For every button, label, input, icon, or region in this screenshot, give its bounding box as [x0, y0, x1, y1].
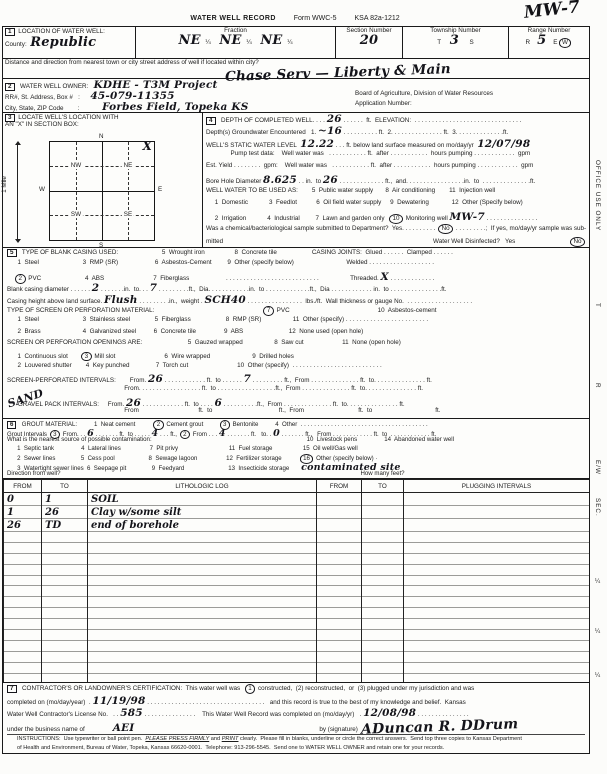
circled-option: 2 — [15, 274, 26, 284]
section-location: 1 LOCATION OF WATER WELL: County: Republ… — [3, 27, 589, 59]
empty-cell — [4, 542, 42, 553]
table-row — [4, 651, 590, 662]
empty-cell — [317, 608, 362, 619]
column-header: PLUGGING INTERVALS — [404, 480, 590, 493]
printed-text: TYPE OF BLANK CASING USED: 5 Wrought iro… — [19, 250, 453, 256]
table-row — [4, 575, 590, 586]
empty-cell — [362, 651, 404, 662]
printed-text: and — [209, 737, 221, 743]
empty-cell — [317, 586, 362, 597]
range-cell: Range Number R 5 EW — [509, 27, 589, 58]
empty-cell — [362, 564, 404, 575]
empty-cell — [42, 673, 88, 683]
township-cell: Township Number T 3 S — [403, 27, 509, 58]
empty-cell — [362, 619, 404, 630]
empty-cell — [4, 619, 42, 630]
log-cell: TD — [42, 519, 88, 532]
form-number: Form WWC-5 — [294, 15, 337, 22]
north-label: N — [99, 133, 104, 140]
section-number-box: 7 — [7, 685, 17, 693]
application-number-label: Application Number: — [355, 101, 493, 111]
empty-cell — [362, 640, 404, 651]
printed-text: Was a chemical/bacteriological sample su… — [206, 226, 437, 232]
empty-cell — [362, 597, 404, 608]
empty-cell — [404, 506, 590, 519]
printed-text: SCREEN-PERFORATED INTERVALS: From. — [7, 378, 148, 384]
printed-text: PVC 4 ABS 7 Fiberglass . . . . . . . . .… — [27, 276, 381, 282]
printed-text: What is the nearest source of possible c… — [7, 437, 152, 443]
printed-text: From . . . — [191, 432, 219, 438]
handwritten-entry: 6 — [87, 429, 94, 439]
handwritten-entry: 26 — [148, 374, 163, 385]
printed-text: Casing height above land surface. — [7, 299, 104, 305]
printed-text: 10 Asbestos-cement — [378, 308, 437, 314]
table-row — [4, 673, 590, 683]
emphasized-text: PRINT — [222, 737, 239, 743]
table-row — [4, 662, 590, 673]
table-row — [4, 597, 590, 608]
margin-sec-label: SEC. — [594, 498, 601, 517]
use-options-line-1: 1 Domestic 3 Feedlot 6 Oil field water s… — [206, 200, 586, 212]
printed-text: Water Well Disinfected? Yes — [433, 239, 515, 245]
printed-text: . . . . . . . . .in., weight . — [138, 299, 205, 305]
column-header: LITHOLOGIC LOG — [88, 480, 317, 493]
printed-text: 1 Continuous slot — [7, 354, 80, 360]
west-label: W — [39, 186, 45, 193]
township-field: T 3 S — [405, 34, 506, 47]
instructions-block: INSTRUCTIONS: Use typewriter or ball poi… — [7, 734, 585, 755]
groundwater-line: Depth(s) Groundwater Encountered 1. ~16 … — [206, 126, 586, 138]
disinfected-line: mittedWater Well Disinfected? YesNo — [206, 237, 586, 247]
empty-cell — [362, 542, 404, 553]
handwritten-entry: 7 — [150, 283, 158, 294]
contamination-options-1: 1 Septic tank 4 Lateral lines 7 Pit priv… — [7, 446, 585, 455]
section-number-box: 4 — [206, 117, 216, 125]
table-row — [4, 542, 590, 553]
form-title-row: WATER WELL RECORD Form WWC-5 KSA 82a-121… — [0, 15, 590, 22]
printed-text: . . . . . . . . .; If yes, mo/day/yr sam… — [454, 226, 586, 232]
printed-text: Direction from well? — [7, 471, 61, 477]
table-row — [4, 564, 590, 575]
center-horizontal-line — [50, 191, 154, 192]
direction-line: Direction from well?How many feet? — [7, 471, 585, 479]
table-row — [4, 608, 590, 619]
printed-text: Blank casing diameter . . . . . . — [7, 287, 92, 293]
empty-cell — [362, 506, 404, 519]
empty-cell — [362, 608, 404, 619]
empty-cell — [88, 542, 317, 553]
circled-option: W — [559, 38, 572, 48]
empty-cell — [317, 553, 362, 564]
column-header: TO — [42, 480, 88, 493]
gravel-pack-line-2: From ft. to ft., From ft. to ft. — [7, 408, 585, 419]
fraction-cell: Fraction NE ¼ NE ¼ NE ¼ — [136, 27, 336, 58]
empty-cell — [317, 640, 362, 651]
printed-text: 2 Louvered shutter 4 Key punched 7 Torch… — [7, 363, 382, 369]
sample-submitted-line: Was a chemical/bacteriological sample su… — [206, 224, 586, 236]
empty-cell — [42, 662, 88, 673]
printed-text: From. . . . . . . . . . . . . . . . . . … — [7, 386, 423, 392]
printed-text: 2 Brass 4 Galvanized steel 6 Concrete ti… — [7, 329, 363, 335]
margin-ew-label: E/W — [594, 460, 601, 475]
printed-text: ¼ — [287, 40, 292, 46]
circled-option: 10 — [389, 214, 403, 224]
empty-cell — [88, 597, 317, 608]
handwritten-entry: NE — [219, 34, 246, 47]
empty-cell — [362, 575, 404, 586]
empty-cell — [88, 586, 317, 597]
printed-text: GROUT MATERIAL: 1 Neat cement — [18, 422, 152, 428]
handwritten-entry: 26 — [126, 398, 141, 409]
printed-text: T — [437, 40, 449, 46]
empty-cell — [404, 597, 590, 608]
dashed-line — [76, 142, 77, 240]
empty-cell — [404, 662, 590, 673]
printed-text: . . . . . . ft. ELEVATION: . . . . . . .… — [342, 118, 522, 124]
empty-cell — [362, 519, 404, 532]
printed-text: . . . . . . . ft. to. . — [226, 432, 273, 438]
empty-cell — [404, 542, 590, 553]
table-row — [4, 619, 590, 630]
bore-hole-line: Bore Hole Diameter 8.625 . . in. to 26 .… — [206, 175, 586, 187]
printed-text: Cement grout — [165, 422, 219, 428]
city-line: City, State, ZIP Code : Forbes Field, To… — [5, 102, 587, 113]
handwritten-entry: 0 — [273, 429, 280, 439]
section-number-field: 20 — [338, 34, 400, 47]
empty-cell — [4, 651, 42, 662]
section-number-box: 2 — [5, 83, 15, 91]
empty-cell — [88, 662, 317, 673]
empty-cell — [88, 564, 317, 575]
empty-cell — [362, 630, 404, 641]
handwritten-entry: 4 — [152, 429, 159, 439]
empty-cell — [4, 640, 42, 651]
empty-cell — [362, 586, 404, 597]
static-level-line: WELL'S STATIC WATER LEVEL 12.22 . . . ft… — [206, 139, 586, 151]
certification-line-4: under the business name ofAEIby (signatu… — [7, 720, 585, 732]
printed-text: . . . . . . . . . . . . . . . . . . . . … — [146, 700, 466, 706]
margin-r-label: R — [594, 383, 601, 389]
margin-quarter-label: ¼ — [594, 578, 601, 586]
section-number-cell: Section Number 20 — [336, 27, 403, 58]
certification-line-2: completed on (mo/day/year) . 11/19/98 . … — [7, 696, 585, 708]
table-row — [4, 532, 590, 543]
distance-question: Distance and direction from nearest town… — [5, 60, 587, 66]
empty-cell — [88, 673, 317, 683]
handwritten-entry: Forbes Field, Topeka KS — [102, 102, 248, 113]
printed-text: constructed, (2) reconstructed, or (3) p… — [256, 686, 474, 692]
form-body: 1 LOCATION OF WATER WELL: County: Republ… — [2, 26, 590, 754]
depth-line: 4 DEPTH OF COMPLETED WELL. . . . 26 . . … — [206, 114, 586, 126]
empty-cell — [42, 608, 88, 619]
printed-text: . . . . . . . . . ft., From . . . . . . … — [251, 378, 432, 384]
margin-t-label: T — [594, 303, 601, 308]
empty-cell — [42, 619, 88, 630]
printed-text: Monitoring well — [404, 216, 450, 222]
margin-quarter-label: ¼ — [594, 672, 601, 680]
printed-text: R — [526, 40, 538, 46]
quadrant-nw: NW — [69, 162, 84, 169]
empty-cell — [404, 553, 590, 564]
form-title: WATER WELL RECORD — [190, 15, 275, 22]
mile-label: 1 Mile — [1, 176, 8, 193]
printed-text: 10 Livestock pens 14 Abandoned water wel… — [307, 437, 454, 443]
contamination-options-2: 2 Sewer lines 5 Cess pool 8 Sewage lagoo… — [7, 454, 585, 463]
section-number-box: 5 — [7, 249, 17, 257]
printed-text: . . . . . . . . .ft., Dia. . . . . . . .… — [157, 287, 446, 293]
handwritten-entry: 6 — [215, 398, 223, 409]
empty-cell — [88, 640, 317, 651]
screen-intervals-line-2: From. . . . . . . . . . . . . . . . . . … — [7, 386, 585, 397]
empty-cell — [317, 619, 362, 630]
empty-cell — [404, 640, 590, 651]
openings-options-2: 2 Louvered shutter 4 Key punched 7 Torch… — [7, 363, 585, 374]
empty-cell — [317, 532, 362, 543]
agency-block: Board of Agriculture, Division of Water … — [355, 91, 493, 111]
printed-text: clearly. Please fill in blanks, underlin… — [238, 737, 521, 743]
empty-cell — [317, 597, 362, 608]
use-options-line-2: 2 Irrigation 4 Industrial 7 Lawn and gar… — [206, 212, 586, 224]
handwritten-entry: Republic — [30, 36, 96, 49]
handwritten-entry: 5 — [537, 34, 546, 47]
log-cell: 1 — [42, 493, 88, 506]
statute-number: KSA 82a-1212 — [355, 15, 400, 22]
handwritten-entry: SCH40 — [204, 295, 245, 306]
log-cell: 1 — [4, 506, 42, 519]
column-header: TO — [362, 480, 404, 493]
quadrant-sw: SW — [69, 211, 83, 218]
empty-cell — [42, 597, 88, 608]
printed-text: completed on (mo/day/year) . — [7, 700, 92, 706]
handwritten-entry: AEI — [113, 723, 135, 734]
empty-cell — [42, 564, 88, 575]
section-square: NW NE SW SE X — [49, 141, 155, 241]
section-owner: 2 WATER WELL OWNER: KDHE - T3M Project R… — [3, 79, 589, 113]
handwritten-entry: KDHE - T3M Project — [94, 80, 218, 91]
empty-cell — [317, 651, 362, 662]
log-cell: SOIL — [88, 493, 317, 506]
empty-cell — [42, 553, 88, 564]
water-well-record-scan: MW-7 WATER WELL RECORD Form WWC-5 KSA 82… — [0, 0, 607, 774]
printed-text: Water Well Contractor's License No. . . — [7, 712, 120, 718]
casing-options-1: 1 Steel 3 RMP (SR) 6 Asbestos-Cement 9 O… — [7, 260, 585, 271]
instructions-line-2: of Health and Environment, Bureau of Wat… — [17, 746, 575, 755]
printed-text: E — [546, 40, 557, 46]
distance-row: Distance and direction from nearest town… — [3, 59, 589, 79]
empty-cell — [88, 619, 317, 630]
empty-cell — [404, 519, 590, 532]
empty-cell — [42, 630, 88, 641]
handwritten-entry: Flush — [104, 295, 138, 306]
printed-text: Bore Hole Diameter — [206, 179, 263, 185]
empty-cell — [4, 575, 42, 586]
section-box-panel: 3 LOCATE WELL'S LOCATION WITH AN "X" IN … — [3, 113, 203, 247]
printed-text: INSTRUCTIONS: Use typewriter or ball poi… — [17, 737, 145, 743]
printed-text: . . . ft., — [158, 432, 178, 438]
circled-option: No — [438, 224, 453, 234]
empty-cell — [88, 532, 317, 543]
printed-text: DEPTH OF COMPLETED WELL. . . . — [218, 118, 327, 124]
lithologic-log-table: FROMTOLITHOLOGIC LOGFROMTOPLUGGING INTER… — [3, 479, 589, 683]
east-label: E — [158, 186, 162, 193]
empty-cell — [404, 564, 590, 575]
printed-text: 1 Steel 3 RMP (SR) 6 Asbestos-Cement 9 O… — [7, 260, 434, 266]
handwritten-entry: 12/08/98 — [363, 708, 416, 719]
printed-text: . . . . . . . . . . . . . . . This Water… — [143, 712, 363, 718]
county-cell: 1 LOCATION OF WATER WELL: County: Republ… — [3, 27, 136, 58]
log-cell: 0 — [4, 493, 42, 506]
log-cell: 26 — [4, 519, 42, 532]
empty-cell — [404, 608, 590, 619]
fraction-field: NE ¼ NE ¼ NE ¼ — [138, 34, 333, 47]
empty-cell — [317, 519, 362, 532]
handwritten-entry: 4 — [219, 429, 226, 439]
table-row: 26TDend of borehole — [4, 519, 590, 532]
printed-text: . . . . . . . . . . . . . . . . lbs./ft.… — [246, 299, 472, 305]
empty-cell — [362, 532, 404, 543]
section-number-box: 6 — [7, 421, 16, 429]
empty-cell — [42, 532, 88, 543]
handwritten-entry: X — [381, 272, 389, 283]
printed-text: TYPE OF SCREEN OR PERFORATION MATERIAL: — [7, 308, 154, 314]
empty-cell — [317, 630, 362, 641]
handwritten-entry: MW-7 — [450, 212, 485, 223]
empty-cell — [4, 608, 42, 619]
handwritten-entry: 12.22 — [300, 139, 334, 150]
log-cell: end of borehole — [88, 519, 317, 532]
printed-text: . . . . . . . . . . . . . — [389, 276, 435, 282]
printed-text: . . . . . . . . . . . . ft. to . . . . .… — [163, 378, 243, 384]
column-header: FROM — [317, 480, 362, 493]
printed-text: Bentonite 4 Other . . . . . . . . . . . … — [231, 422, 428, 428]
printed-text: 2 Irrigation 4 Industrial 7 Lawn and gar… — [206, 216, 388, 222]
handwritten-entry: 12/07/98 — [477, 139, 530, 150]
printed-text: WELL WATER TO BE USED AS: 5 Public water… — [206, 188, 495, 194]
section-number-box: 1 — [5, 28, 15, 36]
empty-cell — [317, 575, 362, 586]
printed-text: ¼ — [246, 40, 260, 46]
empty-cell — [42, 651, 88, 662]
depth-panel: 4 DEPTH OF COMPLETED WELL. . . . 26 . . … — [203, 113, 589, 247]
log-cell: 26 — [42, 506, 88, 519]
circled-option: No — [570, 237, 585, 247]
printed-text: Pump test data: Well water was . . . . .… — [206, 151, 530, 157]
printed-text: mitted — [206, 239, 223, 245]
handwritten-entry: 45-079-11355 — [90, 91, 174, 102]
empty-cell — [317, 564, 362, 575]
empty-cell — [88, 608, 317, 619]
column-header: FROM — [4, 480, 42, 493]
empty-cell — [362, 673, 404, 683]
circled-option: 1 — [245, 684, 256, 694]
empty-cell — [362, 553, 404, 564]
empty-cell — [4, 673, 42, 683]
handwritten-entry: 26 — [327, 114, 342, 125]
printed-text: . . . ft. below land surface measured on… — [334, 143, 477, 149]
printed-text: County: — [5, 42, 30, 48]
casing-height-line: Casing height above land surface. Flush … — [7, 295, 585, 306]
section-grout: 6 GROUT MATERIAL: 1 Neat cement 2 Cement… — [3, 419, 589, 479]
handwritten-entry: 2 — [92, 283, 100, 294]
empty-cell — [404, 619, 590, 630]
empty-cell — [4, 532, 42, 543]
dashed-line — [50, 215, 154, 216]
quadrant-ne: NE — [122, 162, 135, 169]
empty-cell — [317, 673, 362, 683]
empty-cell — [317, 542, 362, 553]
printed-text: SCREEN OR PERFORATION OPENINGS ARE: 5 Ga… — [7, 340, 401, 346]
dashed-line — [50, 166, 154, 167]
empty-cell — [404, 586, 590, 597]
empty-cell — [4, 630, 42, 641]
handwritten-entry: 20 — [360, 34, 379, 47]
printed-text: WATER WELL OWNER: — [17, 84, 94, 90]
handwritten-entry: NE — [178, 34, 205, 47]
handwritten-entry: ~16 — [318, 126, 342, 137]
openings-header: SCREEN OR PERFORATION OPENINGS ARE: 5 Ga… — [7, 340, 585, 351]
empty-cell — [88, 575, 317, 586]
log-cell: Clay w/some silt — [88, 506, 317, 519]
dashed-line — [128, 142, 129, 240]
printed-text: Est. Yield . . . . . . . . gpm: Well wat… — [206, 163, 533, 169]
empty-cell — [404, 532, 590, 543]
printed-text: Depth(s) Groundwater Encountered 1. — [206, 130, 318, 136]
printed-text: 1 Septic tank 4 Lateral lines 7 Pit priv… — [7, 446, 358, 452]
printed-text: From ft. to ft., From ft. to ft. — [7, 408, 441, 414]
empty-cell — [42, 575, 88, 586]
handwritten-entry: contaminated site — [301, 463, 400, 473]
grout-intervals-line: Grout Intervals 3 From. . . 6 . . . . . … — [7, 429, 585, 438]
empty-cell — [362, 493, 404, 506]
handwritten-entry: NE — [260, 34, 287, 47]
empty-cell — [88, 651, 317, 662]
handwritten-entry: 8.625 — [263, 175, 297, 186]
printed-text: . . in. to — [297, 179, 323, 185]
printed-text — [7, 276, 14, 282]
empty-cell — [42, 542, 88, 553]
quadrant-se: SE — [122, 211, 134, 218]
printed-text: City, State, ZIP Code : — [5, 106, 102, 112]
circled-option: 3 — [81, 352, 92, 362]
emphasized-text: PLEASE PRESS FIRMLY — [145, 737, 209, 743]
printed-text: RR#, St. Address, Box # : — [5, 95, 90, 101]
printed-text: CONTRACTOR'S OR LANDOWNER'S CERTIFICATIO… — [19, 686, 244, 692]
empty-cell — [404, 493, 590, 506]
table-row: 01SOIL — [4, 493, 590, 506]
table-row — [4, 586, 590, 597]
screen-intervals-line: SCREEN-PERFORATED INTERVALS: From. 26 . … — [7, 374, 585, 385]
empty-cell — [362, 662, 404, 673]
handwritten-entry: 3 — [450, 34, 459, 47]
empty-cell — [404, 630, 590, 641]
printed-text: 2 Sewer lines 5 Cess pool 8 Sewage lagoo… — [7, 456, 299, 462]
range-field: R 5 EW — [511, 34, 587, 48]
table-row: 126Clay w/some silt — [4, 506, 590, 519]
handwritten-entry: 7 — [244, 374, 252, 385]
mile-arrow — [17, 143, 18, 241]
empty-cell — [42, 640, 88, 651]
circled-option: 7 — [263, 306, 274, 316]
county-field: County: Republic — [5, 36, 133, 49]
printed-text: . . . . . . . . . . . . . ft., and. . . … — [338, 179, 535, 185]
margin-quarter-label: ¼ — [594, 628, 601, 636]
handwritten-entry: 585 — [120, 708, 143, 719]
empty-cell — [317, 662, 362, 673]
printed-text: WELL'S STATIC WATER LEVEL — [206, 143, 300, 149]
contamination-options-3: 3 Watertight sewer lines 6 Seepage pit 9… — [7, 463, 585, 472]
section-box-diagram: N S W E 1 Mile NW NE SW — [5, 129, 201, 247]
table-row — [4, 553, 590, 564]
